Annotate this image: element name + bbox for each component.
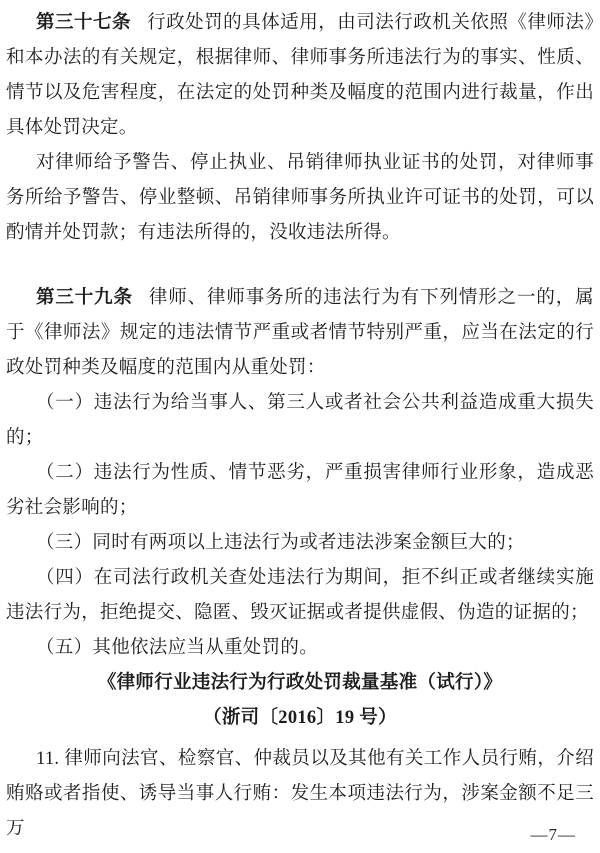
item-11-paragraph: 11. 律师向法官、检察官、仲裁员以及其他有关工作人员行贿，介绍贿赂或者指使、诱…	[6, 742, 594, 847]
article-39-item-4: （四）在司法行政机关查处违法行为期间，拒不纠正或者继续实施违法行为，拒绝提交、隐…	[6, 561, 594, 631]
article-39-paragraph: 第三十九条律师、律师事务所的违法行为有下列情形之一的，属于《律师法》规定的违法情…	[6, 281, 594, 386]
basis-title: 《律师行业违法行为行政处罚裁量基准（试行）》	[6, 666, 594, 701]
basis-doc-number: （浙司〔2016〕19 号）	[6, 701, 594, 736]
article-39-item-5: （五）其他依法应当从重处罚的。	[6, 631, 594, 666]
article-37-paragraph: 第三十七条行政处罚的具体适用，由司法行政机关依照《律师法》和本办法的有关规定，根…	[6, 6, 594, 146]
article-39-item-3: （三）同时有两项以上违法行为或者违法涉案金额巨大的；	[6, 526, 594, 561]
article-37-paragraph-2: 对律师给予警告、停止执业、吊销律师执业证书的处罚，对律师事务所给予警告、停业整顿…	[6, 146, 594, 251]
article-39-number: 第三十九条	[36, 288, 133, 308]
article-37-paragraph-2-text: 对律师给予警告、停止执业、吊销律师执业证书的处罚，对律师事务所给予警告、停业整顿…	[6, 153, 594, 243]
article-37-number: 第三十七条	[36, 13, 131, 33]
article-39-item-2: （二）违法行为性质、情节恶劣，严重损害律师行业形象，造成恶劣社会影响的；	[6, 456, 594, 526]
page-number: —7—	[531, 825, 577, 845]
article-39-item-1: （一）违法行为给当事人、第三人或者社会公共利益造成重大损失的；	[6, 386, 594, 456]
document-page: 第三十七条行政处罚的具体适用，由司法行政机关依照《律师法》和本办法的有关规定，根…	[0, 0, 600, 853]
